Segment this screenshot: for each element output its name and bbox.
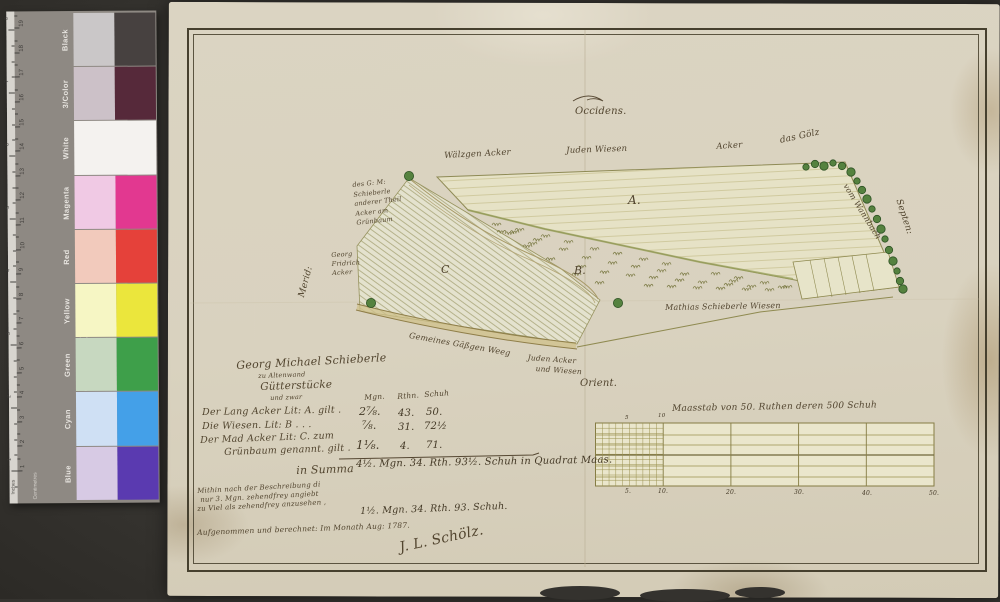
swatch-solid	[117, 392, 158, 445]
row-1-rthn: 43.	[398, 408, 415, 419]
parcel-a-label: A.	[628, 193, 641, 207]
grass-tuft	[600, 271, 609, 274]
inch-tick	[9, 155, 15, 156]
c-note: des G: M: Schieberle anderer Theil Acker…	[352, 176, 404, 229]
subtitle: Gütterstücke	[260, 378, 332, 393]
swatch-label: Green	[62, 338, 74, 392]
cm-tick	[17, 360, 20, 361]
cm-tick	[14, 28, 19, 29]
inch-number: 3	[6, 332, 12, 335]
cm-tick	[15, 89, 18, 90]
grass-tuft	[533, 238, 542, 241]
swatch-label: Black	[59, 13, 71, 67]
cm-tick	[15, 163, 18, 164]
cm-tick	[17, 335, 20, 336]
cm-tick	[16, 200, 21, 201]
grass-tuft	[649, 276, 658, 279]
cm-tick	[17, 347, 22, 348]
cm-tick	[17, 372, 22, 373]
column-header-rthn: Rthn.	[397, 390, 419, 400]
cm-tick	[16, 237, 19, 238]
inch-number: 2	[6, 395, 12, 398]
inch-tick	[12, 171, 15, 172]
tree-icon	[869, 206, 875, 212]
tree-icon	[894, 268, 900, 274]
scale-tick-top: 10	[658, 413, 665, 419]
cm-tick	[15, 151, 20, 152]
cm-tick	[15, 101, 20, 102]
swatch-solid	[116, 283, 157, 336]
cm-number: 11	[20, 217, 26, 223]
tree-icon	[803, 164, 809, 170]
cm-number: 7	[19, 317, 25, 320]
compass-west-label: Occidens.	[575, 106, 626, 117]
grass-tuft	[492, 223, 501, 226]
cm-tick	[17, 458, 20, 459]
inch-tick	[10, 218, 16, 219]
scale-tick-bottom: 50.	[929, 490, 939, 497]
inch-tick	[9, 92, 15, 93]
cm-number: 4	[20, 391, 26, 394]
cm-tick	[17, 470, 22, 471]
cm-number: 17	[19, 69, 25, 76]
swatch-label: Yellow	[61, 284, 73, 338]
cm-number: 15	[19, 119, 25, 126]
parcel-c-label: C	[441, 263, 450, 276]
column-header-mgn: Mgn.	[364, 392, 385, 402]
tree-icon	[847, 168, 855, 176]
column-header-schuh: Schuh	[424, 388, 449, 399]
grass-tuft	[644, 284, 653, 287]
inch-tick	[14, 455, 17, 456]
cm-number: 1	[20, 465, 26, 468]
cm-number: 12	[20, 192, 26, 199]
west-note: Georg Fridrich Acker	[331, 250, 361, 278]
tree-icon	[830, 160, 836, 166]
occidens-flourish	[573, 96, 603, 101]
inch-number: 1	[7, 458, 13, 461]
tree-icon	[873, 215, 880, 222]
parcel-b-label: B.	[574, 264, 586, 277]
west-note-line: Acker	[332, 267, 361, 277]
grass-tuft	[631, 265, 640, 268]
swatch-tint	[75, 284, 116, 337]
grass-tuft	[693, 286, 702, 289]
swatch-tint	[76, 446, 117, 499]
cm-tick	[15, 65, 18, 66]
grass-tuft	[626, 274, 635, 277]
inch-tick	[13, 187, 16, 188]
cm-tick	[16, 311, 19, 312]
grass-tuft	[657, 269, 666, 272]
swatch-label: Cyan	[62, 392, 74, 446]
inch-tick	[12, 124, 15, 125]
cm-tick	[17, 397, 22, 398]
tree-icon	[885, 246, 892, 253]
grass-tuft	[716, 287, 725, 290]
swatch-label: 3/Color	[60, 67, 72, 121]
cm-tick	[16, 286, 19, 287]
inch-tick	[13, 266, 16, 267]
tree-icon	[366, 298, 375, 307]
tree-icon	[820, 162, 828, 170]
inch-number: 7	[4, 80, 10, 83]
tree-icon	[896, 277, 903, 284]
compass-east-label: Orient.	[580, 378, 617, 389]
inch-tick	[10, 281, 16, 282]
photo-backdrop: Occidens. Orient. Merid: Septen: Wälzgen…	[0, 0, 1000, 599]
cm-tick	[16, 323, 21, 324]
swatch-white	[74, 121, 156, 175]
cm-number: 3	[20, 416, 26, 419]
cm-tick	[16, 188, 19, 189]
swatch-label: Red	[61, 230, 73, 284]
swatch-tint	[73, 13, 114, 66]
swatch-solid	[116, 229, 157, 282]
cm-number: 9	[19, 268, 25, 271]
scale-tick-bottom: 20.	[726, 489, 736, 496]
inch-number: 5	[5, 206, 11, 209]
cm-tick	[16, 274, 21, 275]
cm-tick	[16, 261, 19, 262]
cm-number: 19	[19, 20, 25, 27]
inch-number: 4	[5, 269, 11, 272]
grass-tuft	[667, 285, 676, 288]
tree-icon	[613, 298, 622, 307]
centimetres-unit-label: Centimetres	[33, 472, 39, 499]
inch-number: 8	[4, 17, 10, 20]
cm-tick	[16, 224, 21, 225]
grass-tuft	[564, 240, 573, 243]
swatch-tint	[74, 67, 115, 120]
cm-tick	[15, 138, 18, 139]
inch-tick	[8, 29, 14, 30]
grass-tuft	[742, 288, 751, 291]
tree-icon	[838, 162, 845, 169]
grass-tuft	[724, 283, 733, 286]
grass-tuft	[711, 272, 720, 275]
inch-tick	[14, 392, 17, 393]
scale-bar-grid	[596, 423, 935, 486]
inch-tick	[12, 140, 15, 141]
ruler-marks: 1234567891011121314151617181912345678	[6, 10, 156, 11]
cm-tick	[16, 212, 19, 213]
row-3-mgn: 1⅛.	[356, 438, 380, 452]
cm-tick	[17, 421, 22, 422]
scale-tick-bottom: 10.	[658, 488, 668, 495]
cm-tick	[14, 40, 17, 41]
color-calibration-card: Farbkarte #13 Inches Centimetres Black3/…	[6, 10, 159, 503]
cm-tick	[15, 77, 20, 78]
grass-tuft	[734, 277, 743, 280]
inch-tick	[11, 470, 17, 471]
scale-tick-bottom: 5.	[625, 488, 631, 495]
inch-tick	[14, 360, 17, 361]
row-2-mgn: ⅞.	[362, 419, 377, 432]
swatch-label: White	[60, 121, 72, 175]
row-2-label: Die Wiesen. Lit: B . . .	[202, 419, 312, 432]
inch-tick	[14, 439, 17, 440]
cm-tick	[15, 126, 20, 127]
tree-icon	[889, 257, 897, 265]
grass-tuft	[729, 280, 738, 283]
grass-tuft	[675, 279, 684, 282]
grass-tuft	[559, 248, 568, 251]
inch-tick	[15, 486, 18, 487]
grass-tuft	[541, 235, 550, 238]
row-3-schuh: 71.	[426, 440, 443, 451]
tree-icon	[858, 186, 865, 193]
swatch-label: Blue	[62, 447, 74, 501]
place-line: zu Altenwand	[258, 370, 306, 380]
inch-tick	[13, 313, 16, 314]
grass-tuft	[608, 262, 617, 265]
grass-tuft	[582, 256, 591, 259]
grass-tuft	[595, 281, 604, 284]
subtitle-2: und zwar	[270, 393, 302, 402]
inch-tick	[12, 108, 15, 109]
swatch-tint	[74, 175, 115, 228]
neighbor-top-right-label: Acker	[716, 140, 743, 152]
inch-tick	[14, 376, 17, 377]
inch-tick	[13, 203, 16, 204]
tree-icon	[863, 195, 871, 203]
inch-tick	[12, 45, 15, 46]
inch-tick	[13, 250, 16, 251]
grass-tuft	[698, 281, 707, 284]
cm-number: 14	[20, 143, 26, 150]
row-2-schuh: 72½	[424, 421, 447, 432]
inch-tick	[13, 234, 16, 235]
swatch-solid	[117, 338, 158, 391]
inch-tick	[12, 77, 15, 78]
inch-tick	[13, 329, 16, 330]
row-1-mgn: 2⅞.	[359, 405, 381, 418]
row-2-rthn: 31.	[398, 422, 415, 433]
grass-tuft	[613, 252, 622, 255]
cm-tick	[16, 249, 21, 250]
scale-tick-top: 5	[625, 415, 629, 421]
tree-icon	[404, 171, 413, 180]
cm-tick	[17, 434, 20, 435]
cm-tick	[14, 15, 17, 16]
summa-prefix: in Summa	[296, 462, 354, 477]
grass-tuft	[760, 281, 769, 284]
inch-tick	[11, 407, 17, 408]
row-3-rthn: 4.	[400, 441, 410, 452]
grass-tuft	[515, 228, 524, 231]
neighbor-top-mid-label: Juden Wiesen	[566, 144, 627, 156]
cm-tick	[15, 52, 20, 53]
cm-tick	[16, 298, 21, 299]
swatch-solid	[114, 12, 155, 65]
cm-tick	[17, 409, 20, 410]
cm-tick	[17, 384, 20, 385]
cm-tick	[15, 175, 20, 176]
inch-number: 6	[5, 143, 11, 146]
cm-number: 16	[19, 94, 25, 101]
inch-tick	[13, 297, 16, 298]
inch-tick	[14, 423, 17, 424]
swatch-tint	[76, 392, 117, 445]
grass-tuft	[765, 288, 774, 291]
cm-number: 5	[19, 366, 25, 369]
swatch-label: Magenta	[60, 176, 72, 230]
grass-tuft	[662, 263, 671, 266]
swatch-tint	[75, 230, 116, 283]
cm-tick	[15, 114, 18, 115]
tree-icon	[882, 236, 888, 242]
swatch-solid	[115, 67, 156, 120]
grass-tuft	[680, 273, 689, 276]
inch-tick	[12, 61, 15, 62]
swatch-solid	[115, 175, 156, 228]
grass-tuft	[639, 258, 648, 261]
scale-tick-bottom: 40.	[862, 490, 872, 497]
tree-icon	[854, 178, 860, 184]
tree-icon	[899, 285, 907, 293]
swatch-grid: Black3/ColorWhiteMagentaRedYellowGreenCy…	[6, 10, 156, 11]
grass-tuft	[747, 285, 756, 288]
grass-tuft	[528, 242, 537, 245]
row-1-schuh: 50.	[426, 407, 443, 418]
cm-tick	[17, 446, 22, 447]
cm-number: 2	[20, 440, 26, 443]
cm-number: 18	[19, 45, 25, 52]
scale-tick-bottom: 30.	[794, 489, 804, 496]
cm-number: 8	[19, 293, 25, 296]
swatch-tint	[76, 338, 117, 391]
cm-number: 13	[20, 168, 26, 175]
cm-number: 6	[19, 342, 25, 345]
grass-tuft	[590, 248, 599, 251]
inch-tick	[11, 344, 17, 345]
swatch-solid	[117, 446, 158, 499]
tree-icon	[811, 160, 818, 167]
cm-number: 10	[20, 242, 26, 249]
